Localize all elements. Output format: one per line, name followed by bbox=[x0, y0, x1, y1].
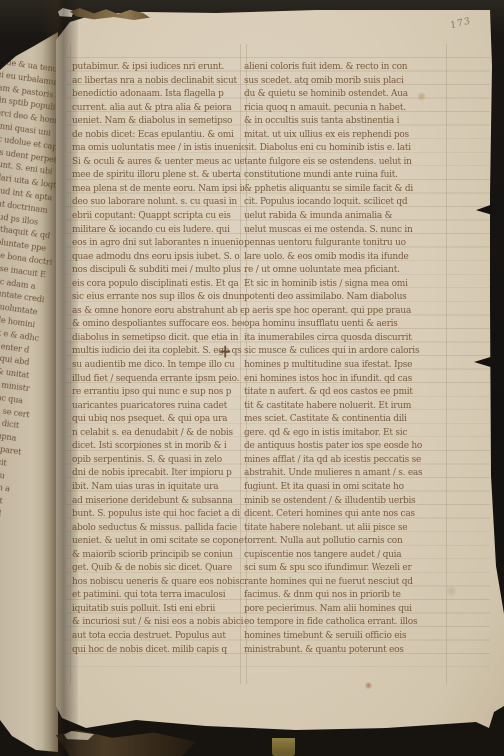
text-line: torrent. Nulla aut pollutio carnis con bbox=[244, 535, 450, 549]
text-line: cupiscentie nos tangere audet / quia bbox=[244, 549, 450, 563]
text-line: titate habere nolebant. ut alii pisce se bbox=[244, 522, 450, 536]
text-line: eis cora populo disciplinati estis. Et q… bbox=[72, 278, 244, 292]
text-line: militare & iocando cu eis ludere. qui bbox=[72, 224, 244, 238]
text-line: gere. qd & ego in istis imitabor. Et sic bbox=[244, 427, 450, 441]
text-line: titate n aufert. & qd eos castos ee pmit bbox=[244, 386, 450, 400]
text-line: eos in agro dni sut laborantes n inuenio bbox=[72, 237, 244, 251]
parchment-stain bbox=[444, 586, 458, 596]
text-line: deo suo laborare nolunt. s. cu quasi in bbox=[72, 196, 244, 210]
text-line: opib serpentinis. S. & quasi in zelo bbox=[72, 454, 244, 468]
text-line: homines timebunt & seruili officio eis bbox=[244, 630, 450, 644]
text-line: aut tota eccia destruet. Populus aut bbox=[72, 630, 244, 644]
text-line: uelut rabida & imunda animalia & bbox=[244, 210, 450, 224]
text-line: opa hominu insufflatu uenti & aeris bbox=[244, 318, 450, 332]
text-line: ad miserione deridebunt & subsanna bbox=[72, 495, 244, 509]
parchment-stain bbox=[416, 92, 427, 101]
text-line: hos nobiscu ueneris & quare eos nobiscu bbox=[72, 576, 244, 590]
text-line: constitutione mundi ante ruina fuit. bbox=[244, 169, 450, 183]
text-line: sic eius errante nos sup illos & ois dnu… bbox=[72, 291, 244, 305]
text-line: mines afflat / ita qd ab icestis peccati… bbox=[244, 454, 450, 468]
text-line: qui ubiq nos psequet. & qui opa ura bbox=[72, 413, 244, 427]
text-line: ministrabunt. & quantu poterunt eos bbox=[244, 644, 450, 658]
text-line: qui hoc de nobis dicet. milib capis q bbox=[72, 644, 244, 658]
text-line: nos discipuli & subditi mei / multo plus bbox=[72, 264, 244, 278]
text-column-right: alieni coloris fuit idem. & recto in con… bbox=[244, 61, 450, 657]
text-line: de nobis dicet: Ecas epulantiu. & omi bbox=[72, 129, 244, 143]
previous-page-edge: parue & ua tenuiqui eu urbalamur sscam &… bbox=[0, 20, 58, 752]
text-line: uaricantes puaricatores ruina cadet bbox=[72, 400, 244, 414]
text-line: fugiunt. Et ita quasi in omi scitate ho bbox=[244, 481, 450, 495]
text-line: abstrahit. Unde mulieres n amant / s. ea… bbox=[244, 467, 450, 481]
folio-number: 173 bbox=[450, 15, 472, 31]
text-line: illud fiet / sequenda errante ipsm peio. bbox=[72, 373, 244, 387]
text-line: & maiorib sciorib principib se coniun bbox=[72, 549, 244, 563]
text-line: lare uolo. & eos omib modis ita ifunde bbox=[244, 251, 450, 265]
intercolumn-cross-mark: + bbox=[219, 340, 232, 363]
text-line: ueniet. Nam & diabolus in semetipso bbox=[72, 115, 244, 129]
photo-backdrop: parue & ua tenuiqui eu urbalamur sscam &… bbox=[0, 0, 504, 756]
text-line: ita inumerabiles circa quosda discurrit bbox=[244, 332, 450, 346]
text-line: get. Quib & de nobis sic dicet. Quare bbox=[72, 562, 244, 576]
text-line: abolo seductus & missus. pallida facie bbox=[72, 522, 244, 536]
text-line: minib se ostendent / & illudentib uerbis bbox=[244, 495, 450, 509]
text-line: tit & castitate habere noluerit. Et irum bbox=[244, 400, 450, 414]
text-line: iquitatib suis polluit. Isti eni ebrii bbox=[72, 603, 244, 617]
vertical-ruling bbox=[70, 44, 71, 684]
text-line: current. alia aut & ptra alia & peiora bbox=[72, 102, 244, 116]
text-line: ueniet. & uelut in omi scitate se copone… bbox=[72, 535, 244, 549]
text-line: dni de nobis iprecabit. Iter impioru p bbox=[72, 467, 244, 481]
parchment-stain bbox=[364, 682, 373, 689]
text-line: ricia quoq n amauit. pecunia n habet. bbox=[244, 102, 450, 116]
text-line: mee de spiritu illoru plene st. & uberta bbox=[72, 169, 244, 183]
text-line: pennas uentoru fulgurante tonitru uo bbox=[244, 237, 450, 251]
text-line: putabimur. & ipsi iudices nri erunt. bbox=[72, 61, 244, 75]
text-line: uelut muscas ei me ostenda. S. nunc in bbox=[244, 224, 450, 238]
text-line: sic musce & culices qui in ardore calori… bbox=[244, 345, 450, 359]
text-line: rante homines qui ne fuerut nesciut qd bbox=[244, 576, 450, 590]
text-line: & pphetis aliquantu se simile facit & di bbox=[244, 183, 450, 197]
text-line: ebrii coputant: Quappt scripta cu eis bbox=[72, 210, 244, 224]
text-line: benedictio adonaam. Ista flagella p bbox=[72, 88, 244, 102]
text-line: et patimini. qui tota terra imaculosi bbox=[72, 589, 244, 603]
text-line: pore pecierimus. Nam alii homines qui bbox=[244, 603, 450, 617]
text-line: sus scedet. atq omib morib suis placi bbox=[244, 75, 450, 89]
text-line: mea plena st de mente eoru. Nam ipsi in bbox=[72, 183, 244, 197]
text-line: & incuriosi sut / & nisi eos a nobis abi… bbox=[72, 616, 244, 630]
text-line: Si & oculi & aures & uenter meus ac uene bbox=[72, 156, 244, 170]
text-line: Et sic in hominib istis / signa mea omi bbox=[244, 278, 450, 292]
text-line: bunt. S. populus iste qui hoc faciet a d… bbox=[72, 508, 244, 522]
text-line: eo tempore in fide catholica errant. ill… bbox=[244, 616, 450, 630]
text-line: as & omne honore eoru abstrahunt ab eis bbox=[72, 305, 244, 319]
text-line: dicent. Ceteri homines qui ante nos cas bbox=[244, 508, 450, 522]
text-line: potenti deo assimilabo. Nam diabolus bbox=[244, 291, 450, 305]
text-line: sit. Diabolus eni cu hominib istis e. la… bbox=[244, 142, 450, 156]
text-line: ibit. Nam uias uras in iquitate ura bbox=[72, 481, 244, 495]
text-line: & in occultis suis tanta abstinentia i bbox=[244, 115, 450, 129]
text-line: ac libertas nra a nobis declinabit sicut bbox=[72, 75, 244, 89]
text-line: sci sum & spu sco ifundimur. Wezeli er bbox=[244, 562, 450, 576]
text-line: tante fulgore eis se ostendens. uelut in bbox=[244, 156, 450, 170]
text-line: & omino despoliantes suffocare eos. hec bbox=[72, 318, 244, 332]
text-line: p aeris spe hoc operant. qui ppe praua bbox=[244, 305, 450, 319]
text-line: cit. Populus iocando loquit. scilicet qd bbox=[244, 196, 450, 210]
text-line: n celabit s. ea denudabit / & de nobis bbox=[72, 427, 244, 441]
text-line: facimus. & dnm qui nos in priorib te bbox=[244, 589, 450, 603]
text-line: ma omis uoluntatis mee / in istis inueni… bbox=[72, 142, 244, 156]
text-line: mes sciet. Castitate & continentia dili bbox=[244, 413, 450, 427]
text-line: quae admodu dns eoru ipsis iubet. S. o bbox=[72, 251, 244, 265]
bookmark-tab bbox=[272, 738, 295, 756]
text-line: re / ut omne uoluntate mea pficiant. bbox=[244, 264, 450, 278]
text-line: mitat. ut uix ullius ex eis rephendi pos bbox=[244, 129, 450, 143]
text-line: alieni coloris fuit idem. & recto in con bbox=[244, 61, 450, 75]
text-line: eni homines istos hoc in ifundit. qd cas bbox=[244, 373, 450, 387]
manuscript-page: 173 putabimur. & ipsi iudices nri erunt.… bbox=[56, 6, 504, 750]
text-line: dicet. Isti scorpiones st in morib & i bbox=[72, 440, 244, 454]
text-line: de antiquus hostis pater ios spe eosde h… bbox=[244, 440, 450, 454]
text-line: homines p multitudine sua ifestat. Ipse bbox=[244, 359, 450, 373]
text-line: re errantiu ipso qui nunc e sup nos p bbox=[72, 386, 244, 400]
